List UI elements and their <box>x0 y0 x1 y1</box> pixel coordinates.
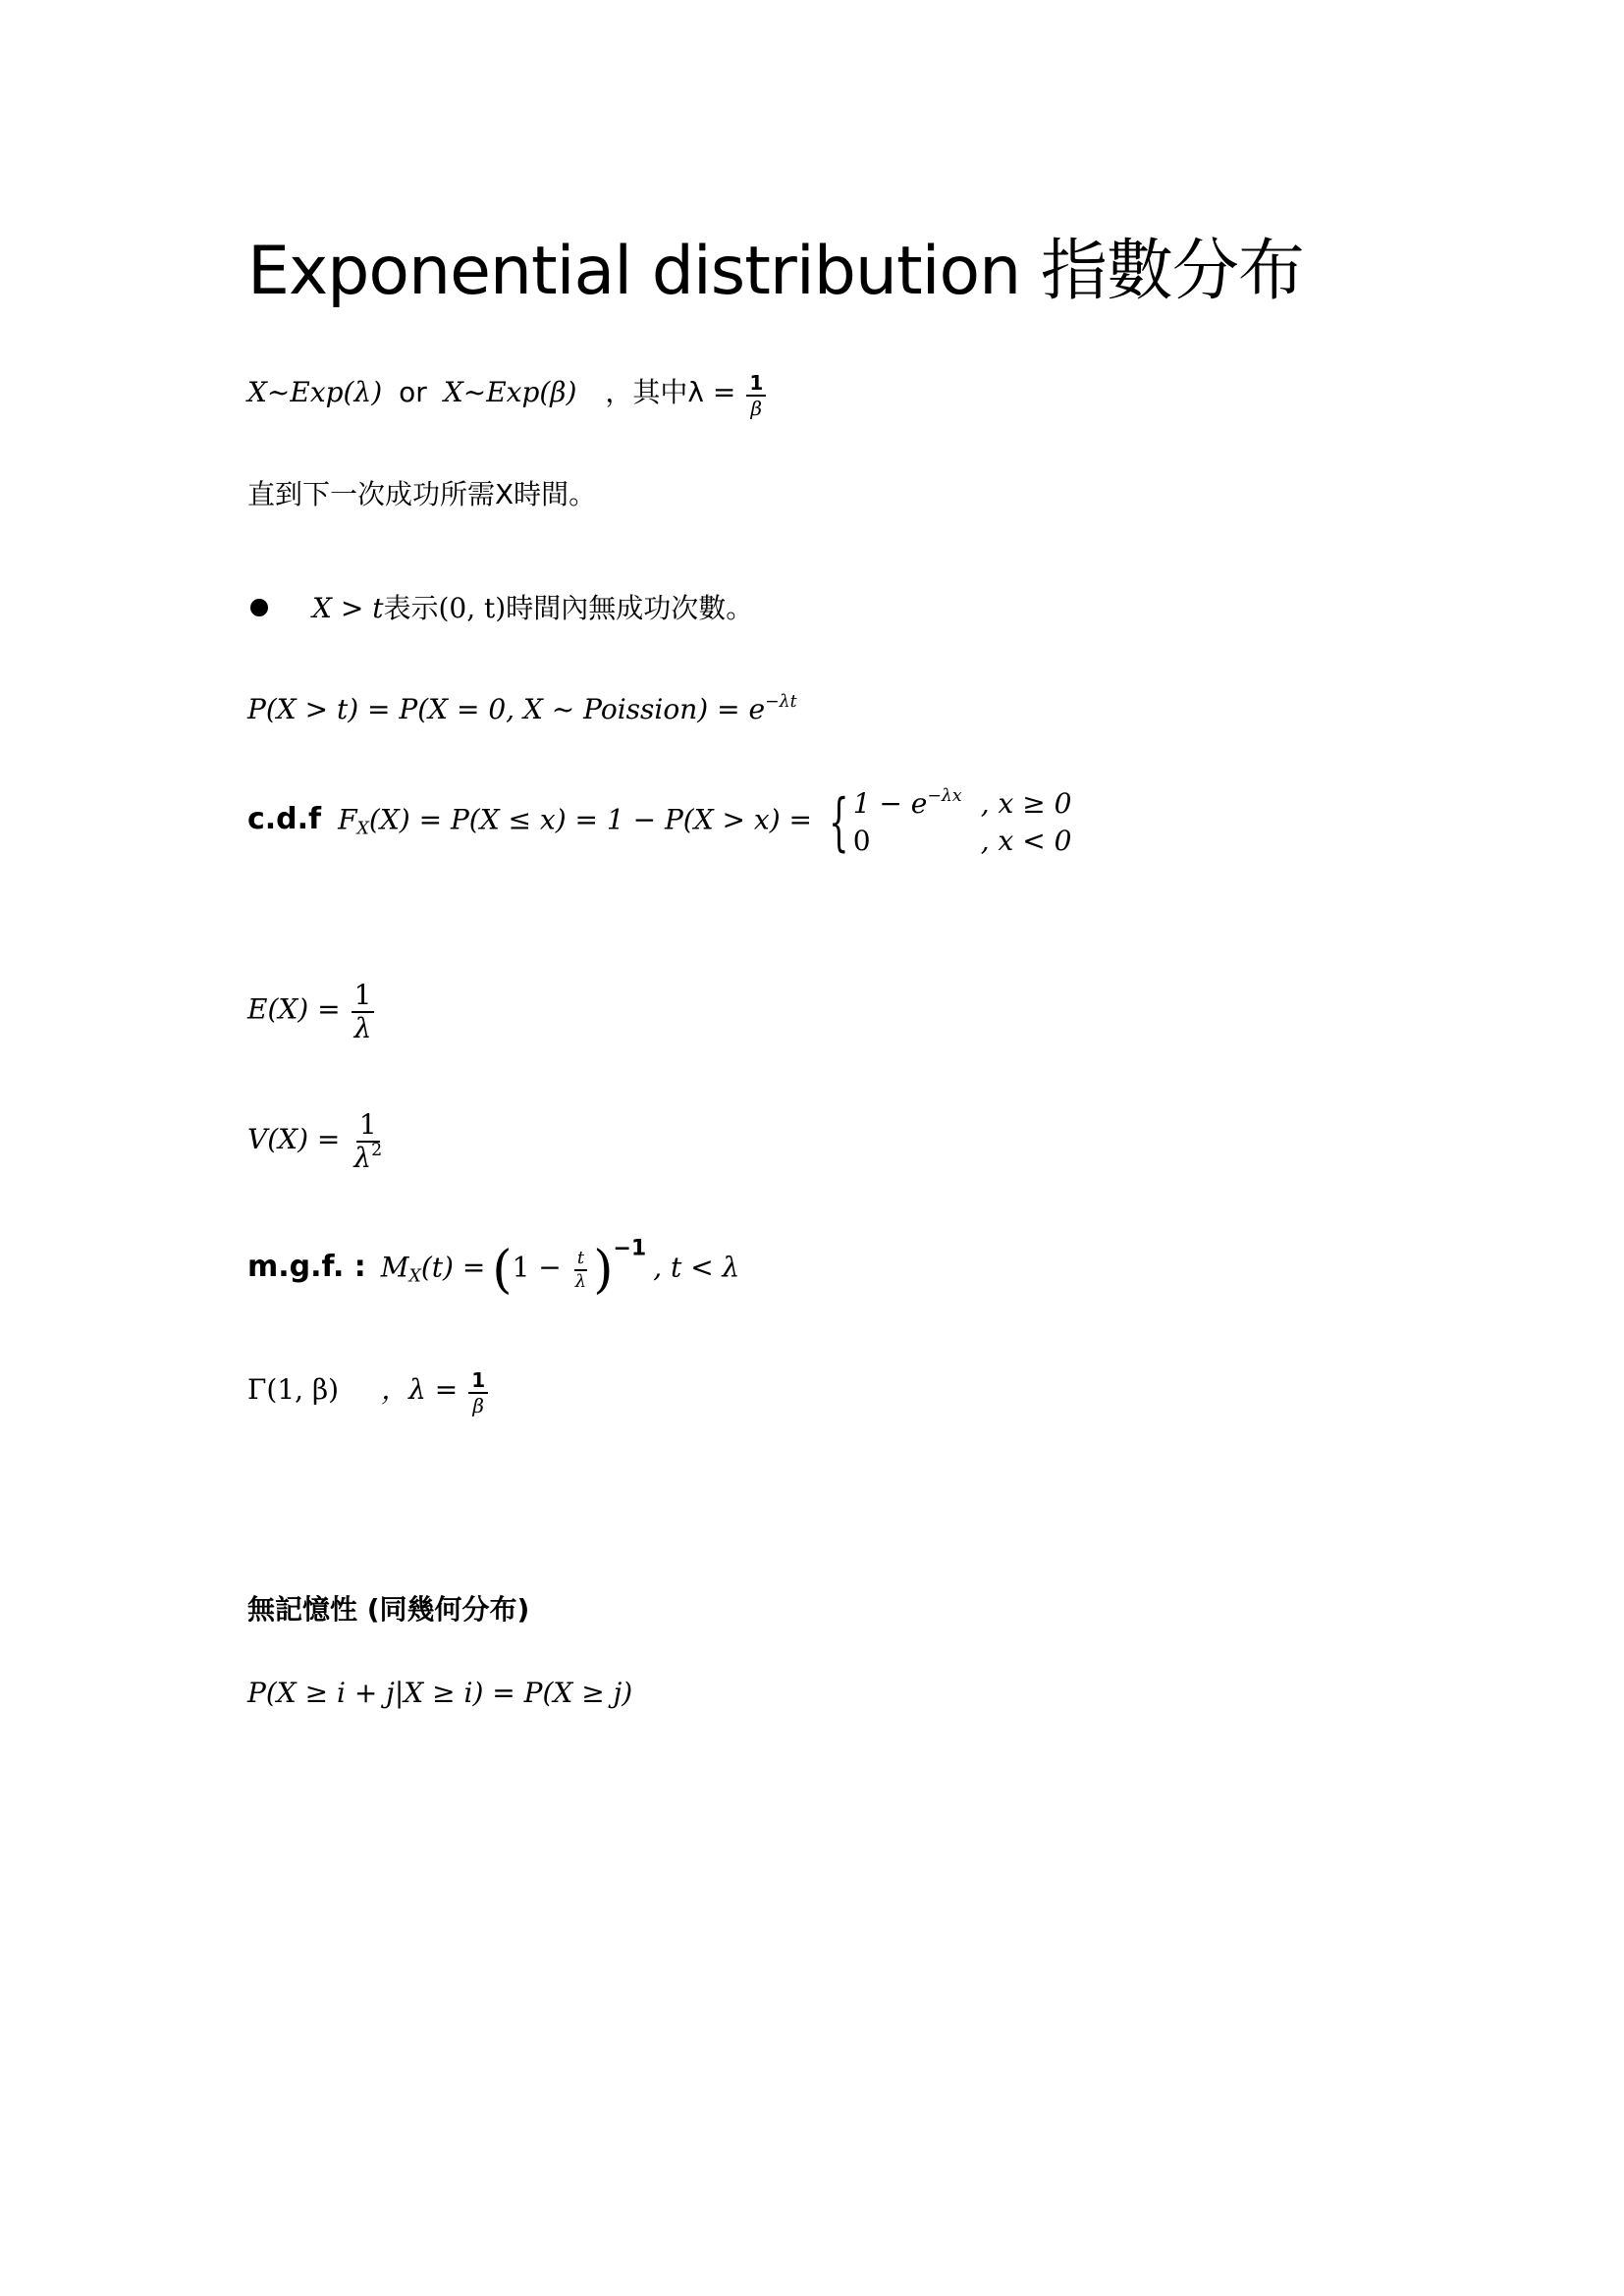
cdf-formula: c.d.f FX(X) = P(X ≤ x) = 1 − P(X > x) = … <box>247 785 1071 860</box>
page-title: Exponential distribution 指數分布 <box>247 218 1304 313</box>
notation-where: ，其中λ = <box>605 376 735 408</box>
survival-formula: P(X > t) = P(X = 0, X ~ Poission) = e−λt <box>247 693 797 726</box>
variance-formula: V(X) = 1 λ2 <box>247 1111 389 1173</box>
mean-fraction: 1 λ <box>352 982 375 1042</box>
gamma-relation: Γ(1, β) ，λ = 1 β <box>247 1368 492 1415</box>
variance-fraction: 1 λ2 <box>351 1111 385 1173</box>
cdf-label: c.d.f <box>247 802 321 836</box>
bullet-item: X > t表示(0, t)時間內無成功次數。 <box>312 587 753 626</box>
memoryless-formula: P(X ≥ i + j|X ≥ i) = P(X ≥ j) <box>247 1677 632 1709</box>
mgf-label: m.g.f. : <box>247 1250 366 1284</box>
mean-formula: E(X) = 1 λ <box>247 982 378 1042</box>
memoryless-heading: 無記憶性 (同幾何分布) <box>247 1588 529 1628</box>
notation-or: or <box>399 376 427 408</box>
notation-fraction: 1 β <box>746 373 766 418</box>
notation-lambda: X~Exp(λ) <box>247 376 382 408</box>
notation-line: X~Exp(λ) or X~Exp(β) ，其中λ = 1 β <box>247 371 770 418</box>
document-page: Exponential distribution 指數分布 X~Exp(λ) o… <box>0 0 1624 2296</box>
mgf-fraction: t λ <box>572 1250 589 1291</box>
cdf-cases: { 1 − e−λx, x ≥ 0 0, x < 0 <box>819 785 1071 860</box>
definition-text: 直到下一次成功所需X時間。 <box>247 473 596 512</box>
mgf-formula: m.g.f. : MX(t) = (1 − t λ )−1 , t < λ <box>247 1245 739 1296</box>
gamma-fraction: 1 β <box>468 1370 488 1415</box>
notation-beta: X~Exp(β) <box>444 376 577 408</box>
bullet-icon <box>250 599 268 616</box>
